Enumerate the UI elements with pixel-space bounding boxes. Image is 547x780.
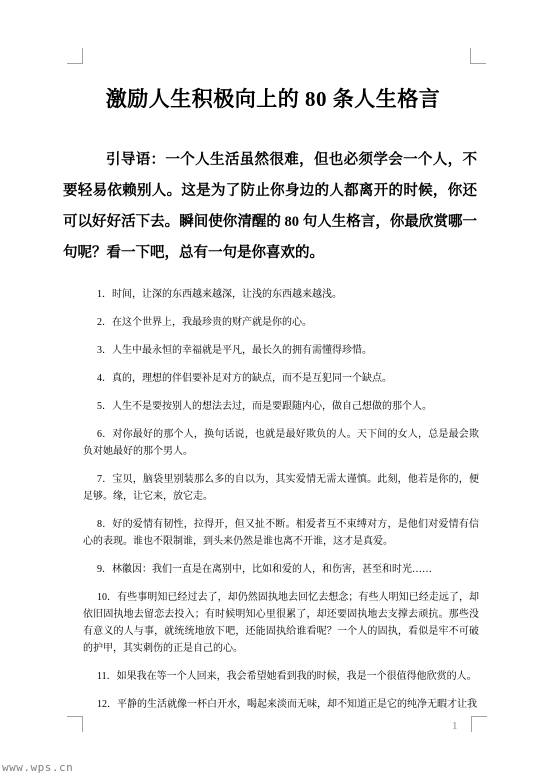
quote-item-5: 5．人生不是要按别人的想法去过，而是要跟随内心，做自己想做的那个人。 (83, 398, 479, 415)
quote-item-2: 2．在这个世界上，我最珍贵的财产就是你的心。 (83, 314, 479, 331)
intro-paragraph: 引导语：一个人生活虽然很难，但也必须学会一个人，不要轻易依赖别人。这是为了防止你… (63, 145, 477, 269)
margin-corner-mark-bottom-left (67, 716, 83, 732)
page-title: 激励人生积极向上的 80 条人生格言 (63, 83, 483, 113)
quote-item-11: 11．如果我在等一个人回来，我会希望她看到我的时候，我是一个很值得他欣赏的人。 (83, 668, 479, 685)
quote-item-7: 7．宝贝，脑袋里别装那么多的自以为，其实爱情无需太谨慎。此刻，他若是你的，便足够… (83, 471, 479, 505)
quote-item-4: 4．真的，理想的伴侣要补足对方的缺点，而不是互犯同一个缺点。 (83, 370, 479, 387)
quote-item-10: 10．有些事明知已经过去了，却仍然固执地去回忆去想念；有些人明知已经走远了，却依… (83, 589, 479, 657)
quote-item-3: 3．人生中最永恒的幸福就是平凡，最长久的拥有需懂得珍惜。 (83, 342, 479, 359)
quote-item-8: 8．好的爱情有韧性，拉得开，但又扯不断。相爱者互不束缚对方，是他们对爱情有信心的… (83, 516, 479, 550)
quote-item-1: 1．时间，让深的东西越来越深，让浅的东西越来越浅。 (83, 286, 479, 303)
document-page: 激励人生积极向上的 80 条人生格言 引导语：一个人生活虽然很难，但也必须学会一… (0, 0, 547, 780)
quote-item-12: 12．平静的生活就像一杯白开水，喝起来淡而无味，却不知道正是它的纯净无暇才让我 (83, 696, 479, 713)
quote-item-9: 9．林徽因：我们一直是在离别中，比如和爱的人，和伤害，甚至和时光…… (83, 561, 479, 578)
wps-watermark: www.wps.cn (2, 761, 73, 774)
quotes-list: 1．时间，让深的东西越来越深，让浅的东西越来越浅。 2．在这个世界上，我最珍贵的… (83, 286, 479, 724)
quote-item-6: 6．对你最好的那个人，换句话说，也就是最好欺负的人。天下间的女人，总是最会欺负对… (83, 426, 479, 460)
page-number: 1 (452, 720, 458, 732)
margin-corner-mark-top-left (67, 48, 83, 64)
margin-corner-mark-top-right (470, 48, 486, 64)
